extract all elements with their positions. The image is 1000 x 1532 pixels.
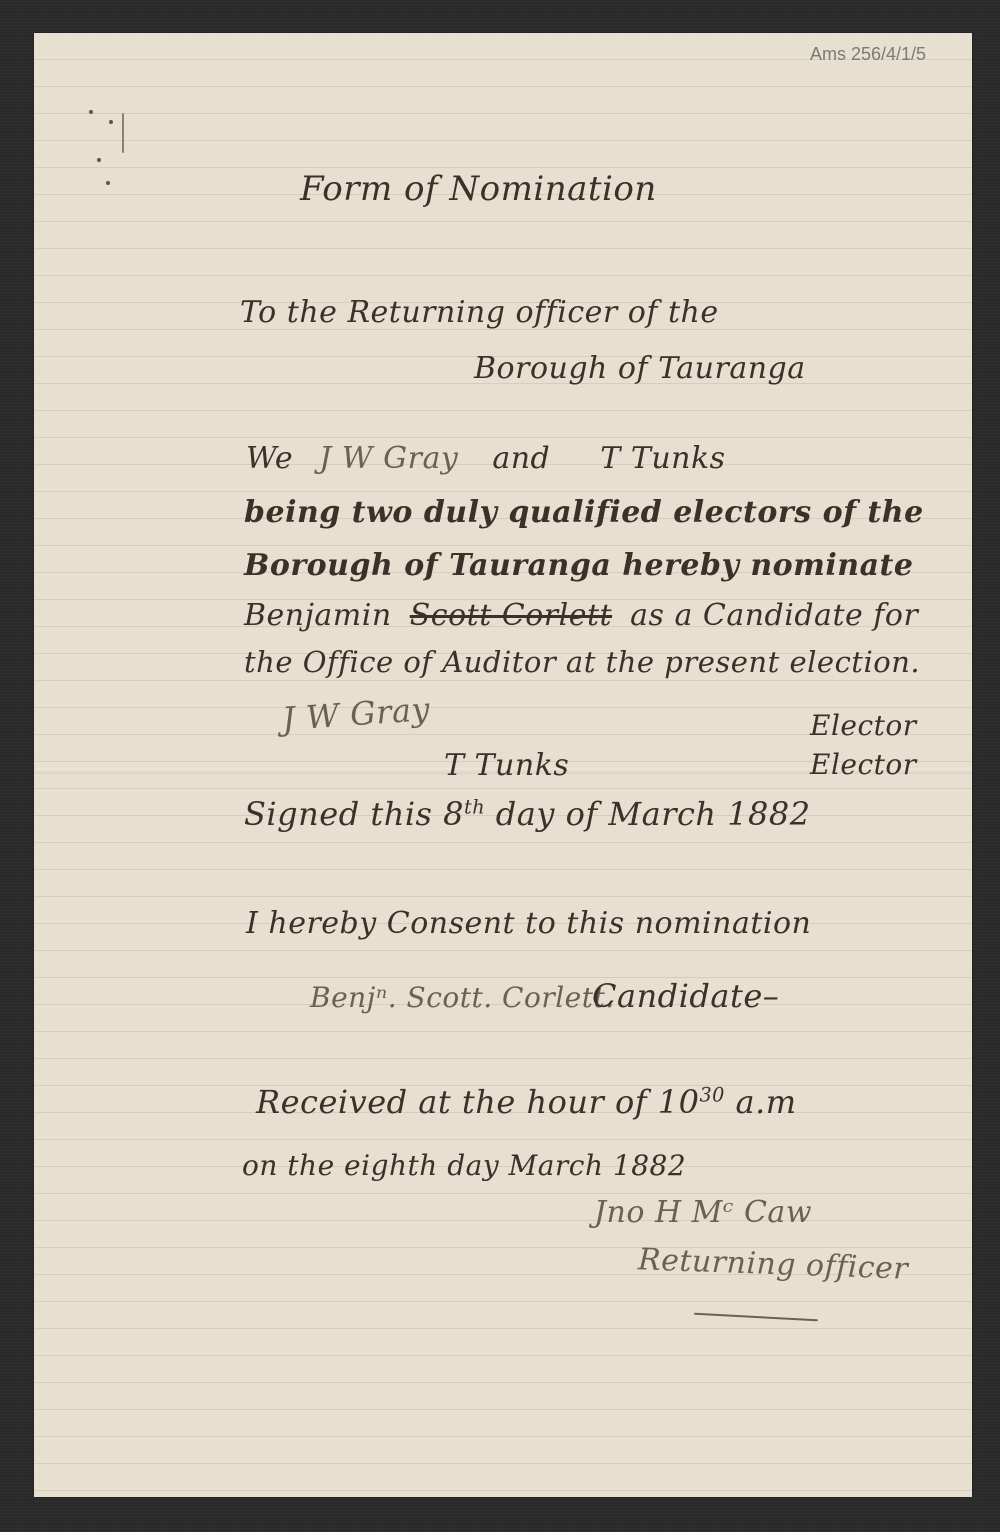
body-line-3: Borough of Tauranga hereby nominate [244, 548, 914, 583]
signed-prefix: Signed this 8 [244, 795, 464, 833]
signed-ordinal: th [464, 795, 485, 818]
receipt-minutes: 30 [699, 1083, 724, 1106]
candidate-signature: Benjⁿ. Scott. Corlett. [310, 981, 615, 1014]
candidate-first-name: Benjamin [244, 598, 392, 633]
elector1-signature: J W Gray [281, 690, 431, 738]
consent-statement: I hereby Consent to this nomination [246, 906, 811, 941]
form-title: Form of Nomination [300, 169, 657, 209]
candidate-label: Candidate– [592, 977, 779, 1015]
receipt-ampm: a.m [736, 1083, 797, 1121]
archive-reference: Ams 256/4/1/5 [810, 44, 926, 65]
receipt-line-2: on the eighth day March 1882 [242, 1149, 686, 1182]
officer-signature: Jno H Mᶜ Caw [594, 1195, 812, 1230]
signed-date-line: Signed this 8th day of March 1882 [244, 795, 811, 833]
address-line-2: Borough of Tauranga [474, 351, 806, 386]
candidate-for-text: as a Candidate for [630, 598, 918, 633]
elector1-inline-name: J W Gray [319, 441, 458, 476]
address-line-1: To the Returning officer of the [240, 295, 719, 330]
body-line-5: the Office of Auditor at the present ele… [244, 645, 920, 679]
elector2-signature: T Tunks [444, 748, 569, 783]
officer-title: Returning officer [637, 1242, 908, 1286]
elector-label-1: Elector [810, 709, 917, 742]
elector-label-2: Elector [810, 748, 917, 781]
signed-suffix: day of March 1882 [496, 795, 811, 833]
officer-title-underline [694, 1313, 818, 1321]
document-page: Ams 256/4/1/5 Form of Nomination To the … [34, 33, 972, 1497]
we-text: We [246, 441, 293, 476]
body-line-2: being two duly qualified electors of the [244, 495, 924, 530]
elector2-inline-name: T Tunks [600, 441, 725, 476]
candidate-struck-name: Scott Corlett [410, 598, 612, 633]
and-text: and [492, 441, 550, 476]
body-line-1: We J W Gray and T Tunks [246, 441, 726, 476]
receipt-prefix: Received at the hour of 10 [256, 1083, 699, 1121]
body-line-4: Benjamin Scott Corlett as a Candidate fo… [244, 598, 918, 633]
receipt-line-1: Received at the hour of 1030 a.m [256, 1083, 797, 1121]
